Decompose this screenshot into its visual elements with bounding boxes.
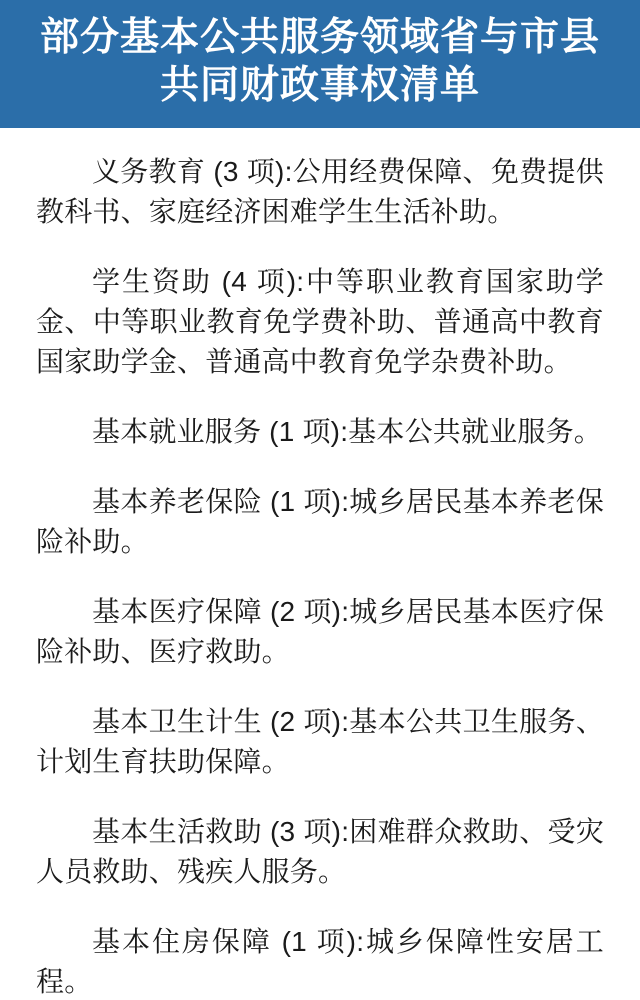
page-title-line-2: 共同财政事权清单: [0, 62, 640, 110]
category-label: 基本住房保障: [92, 926, 272, 957]
para-basic-health-family-planning: 基本卫生计生 (2 项):基本公共卫生服务、计划生育扶助保障。: [36, 702, 604, 782]
para-basic-medical-security: 基本医疗保障 (2 项):城乡居民基本医疗保险补助、医疗救助。: [36, 592, 604, 672]
para-basic-housing-security: 基本住房保障 (1 项):城乡保障性安居工程。: [36, 922, 604, 1000]
para-student-aid: 学生资助 (4 项):中等职业教育国家助学金、中等职业教育免学费补助、普通高中教…: [36, 262, 604, 382]
category-label: 基本生活救助: [92, 816, 262, 847]
category-label: 学生资助: [92, 266, 212, 297]
para-compulsory-education: 义务教育 (3 项):公用经费保障、免费提供教科书、家庭经济困难学生生活补助。: [36, 152, 604, 232]
item-count: (1 项): [272, 926, 356, 957]
category-label: 义务教育: [92, 156, 205, 187]
item-count: (1 项): [261, 416, 340, 447]
header-banner: 部分基本公共服务领域省与市县 共同财政事权清单: [0, 0, 640, 128]
item-count: (3 项): [262, 816, 341, 847]
para-basic-living-assistance: 基本生活救助 (3 项):困难群众救助、受灾人员救助、残疾人服务。: [36, 812, 604, 892]
document-page: 部分基本公共服务领域省与市县 共同财政事权清单 义务教育 (3 项):公用经费保…: [0, 0, 640, 1000]
item-count: (2 项): [262, 596, 341, 627]
para-basic-pension-insurance: 基本养老保险 (1 项):城乡居民基本养老保险补助。: [36, 482, 604, 562]
category-label: 基本医疗保障: [92, 596, 262, 627]
item-count: (4 项): [212, 266, 296, 297]
item-count: (2 项): [262, 706, 341, 737]
para-basic-employment-services: 基本就业服务 (1 项):基本公共就业服务。: [36, 412, 604, 452]
item-count: (3 项): [205, 156, 284, 187]
items-text: :基本公共就业服务。: [340, 416, 602, 447]
category-label: 基本养老保险: [92, 486, 262, 517]
category-label: 基本卫生计生: [92, 706, 262, 737]
page-title-line-1: 部分基本公共服务领域省与市县: [0, 14, 640, 62]
item-count: (1 项): [262, 486, 341, 517]
document-body: 义务教育 (3 项):公用经费保障、免费提供教科书、家庭经济困难学生生活补助。 …: [0, 128, 640, 1000]
category-label: 基本就业服务: [92, 416, 261, 447]
